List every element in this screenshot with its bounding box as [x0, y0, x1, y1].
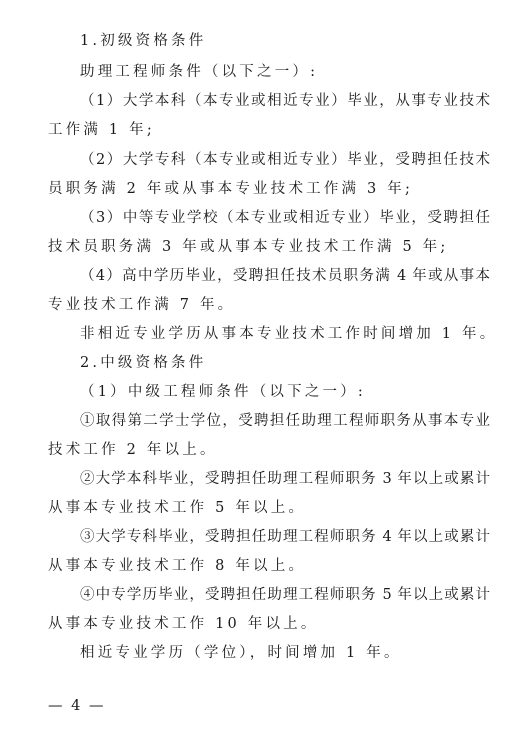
note-line: 非相近专业学历从事本专业技术工作时间增加 1 年。	[80, 324, 490, 344]
paragraph-line: 技术工作 2 年以上。	[48, 440, 490, 460]
paragraph-line: ④中专学历毕业，受聘担任助理工程师职务 5 年以上或累计	[80, 585, 490, 605]
paragraph-line: （4）高中学历毕业，受聘担任技术员职务满 4 年或从事本	[80, 266, 490, 286]
paragraph-line: ①取得第二学士学位，受聘担任助理工程师职务从事本专业	[80, 411, 490, 431]
subheading-assistant-engineer: 助理工程师条件（以下之一）:	[80, 62, 490, 82]
paragraph-line: （3）中等专业学校（本专业或相近专业）毕业，受聘担任	[80, 208, 490, 228]
paragraph-line: ②大学本科毕业，受聘担任助理工程师职务 3 年以上或累计	[80, 469, 490, 489]
paragraph-line: 员职务满 2 年或从事本专业技术工作满 3 年;	[48, 179, 490, 199]
heading-intermediate-qualification: 2.中级资格条件	[80, 353, 490, 373]
paragraph-line: 从事本专业技术工作 10 年以上。	[48, 614, 490, 634]
paragraph-line: 专业技术工作满 7 年。	[48, 295, 490, 315]
paragraph-line: （1）大学本科（本专业或相近专业）毕业，从事专业技术	[80, 91, 490, 111]
document-page: 1.初级资格条件 助理工程师条件（以下之一）: （1）大学本科（本专业或相近专业…	[0, 0, 525, 731]
heading-junior-qualification: 1.初级资格条件	[80, 31, 490, 51]
paragraph-line: 从事本专业技术工作 5 年以上。	[48, 498, 490, 518]
page-number: — 4 —	[48, 696, 105, 716]
paragraph-line: 从事本专业技术工作 8 年以上。	[48, 556, 490, 576]
subheading-intermediate-engineer: （1）中级工程师条件（以下之一）:	[80, 382, 490, 402]
paragraph-line: 工作满 1 年;	[48, 120, 490, 140]
paragraph-line: ③大学专科毕业，受聘担任助理工程师职务 4 年以上或累计	[80, 527, 490, 547]
paragraph-line: 技术员职务满 3 年或从事本专业技术工作满 5 年;	[48, 237, 490, 257]
paragraph-line: （2）大学专科（本专业或相近专业）毕业，受聘担任技术	[80, 150, 490, 170]
note-line: 相近专业学历（学位），时间增加 1 年。	[80, 643, 490, 663]
